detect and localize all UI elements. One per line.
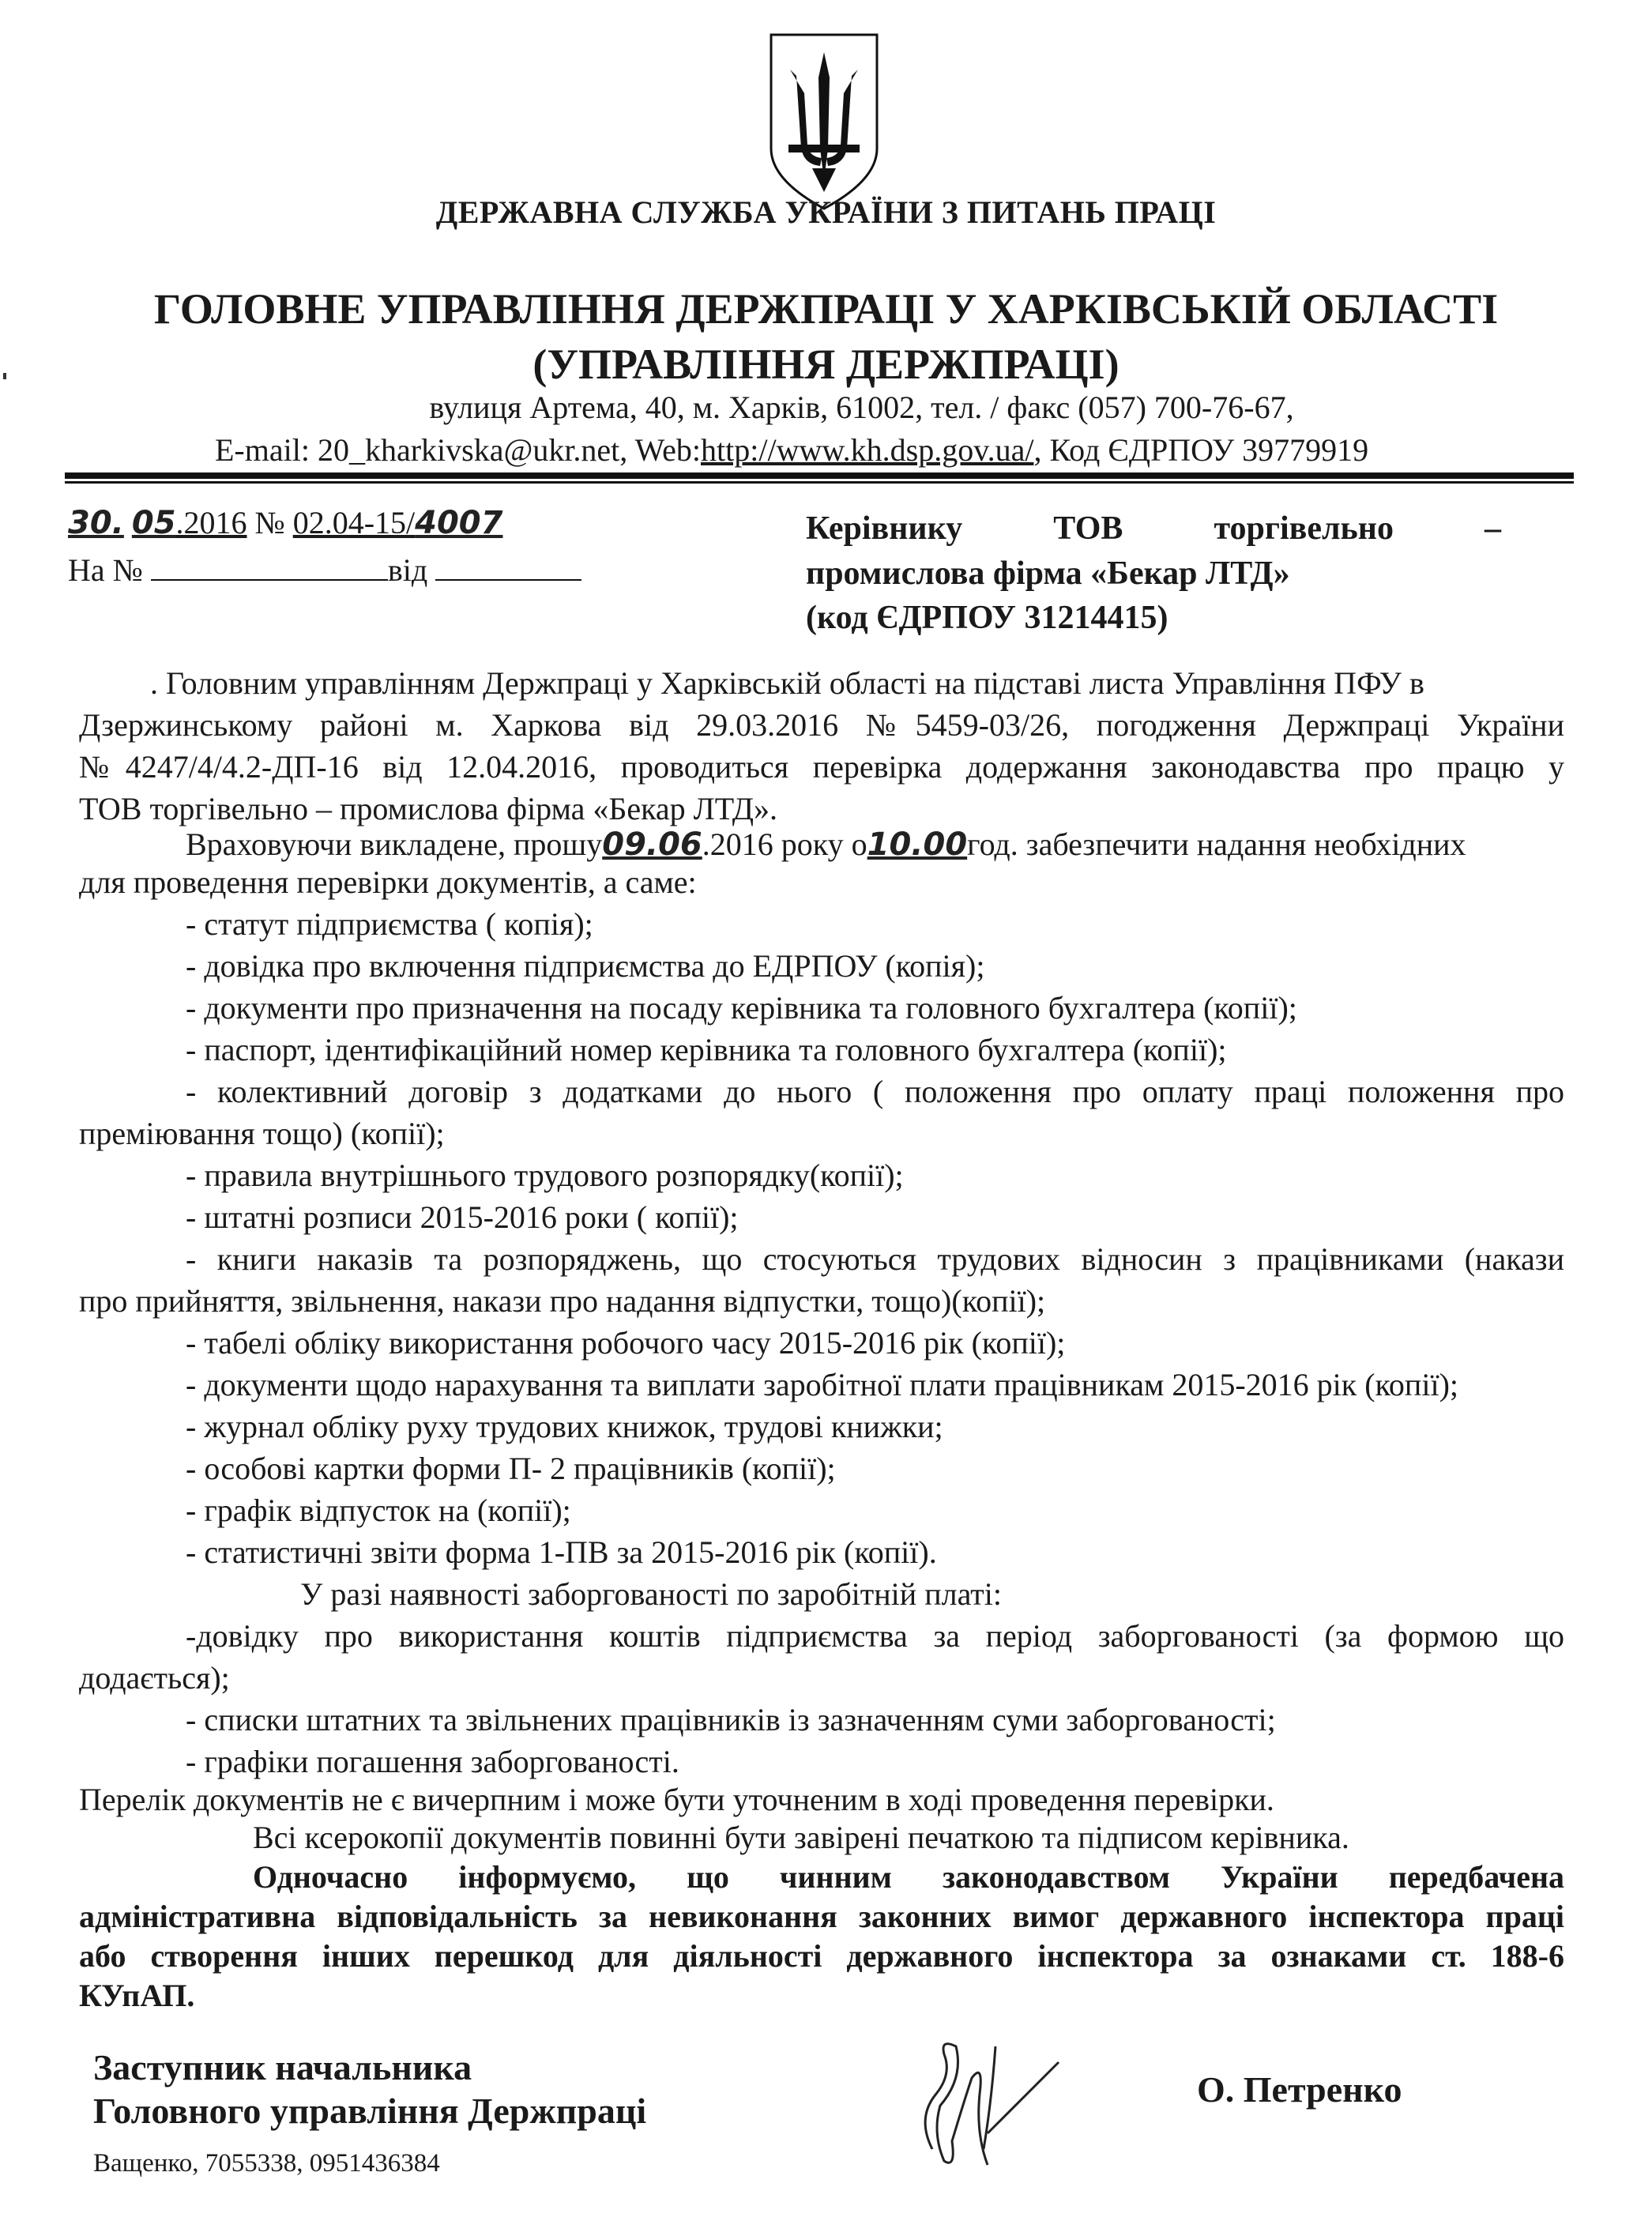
reply-date-blank [435,578,581,581]
document-list-item: - довідка про включення підприємства до … [186,945,984,987]
not-exhaustive-note: Перелік документів не є вичерпним і може… [79,1779,1274,1820]
reply-number-blank [151,578,388,581]
reply-to-label: На № [68,552,143,588]
warning-line: Одночасно інформуємо, що чинним законода… [253,1856,1564,1898]
number-prefix: 02.04-15/ [293,505,415,540]
outgoing-reference: 30. 05.2016 № 02.04-15/4007 [68,504,502,541]
warning-line: КУпАП. [79,1974,194,2016]
document-list-item: - особові картки форми П- 2 працівників … [186,1447,836,1489]
document-list-item: - паспорт, ідентифікаційний номер керівн… [186,1029,1227,1071]
date-month-handwritten: 05 [132,505,176,541]
header-divider [65,472,1574,484]
document-list-item: - штатні розписи 2015-2016 роки ( копії)… [186,1196,739,1238]
signer-position-line-1: Заступник начальника [93,2046,472,2088]
arrears-item: - графіки погашення заборгованості. [186,1741,679,1782]
contacts-line: E-mail: 20_kharkivska@ukr.net, Web:http:… [215,431,1368,469]
handwritten-signature-icon [909,2031,1114,2181]
intro-line: Дзержинському районі м. Харкова від 29.0… [79,704,1564,746]
arrears-item: -довідку про використання коштів підприє… [186,1615,1564,1657]
document-list-item: - документи щодо нарахування та виплати … [186,1364,1458,1406]
document-list-item: - статут підприємства ( копія); [186,903,593,945]
email-label: E-mail: [215,432,310,468]
web-label: Web: [635,432,701,468]
document-list-item: - статистичні звіти форма 1-ПВ за 2015-2… [186,1531,937,1573]
document-list-item: - журнал обліку руху трудових книжок, тр… [186,1406,943,1447]
recipient-line-3: (код ЄДРПОУ 31214415) [806,599,1168,637]
department-short-name: (УПРАВЛІННЯ ДЕРЖПРАЦІ) [0,340,1652,389]
from-label: від [388,552,427,588]
tryzub-coat-of-arms-icon [765,30,883,212]
email-address[interactable]: 20_kharkivska@ukr.net, [318,432,627,468]
signer-name: О. Петренко [1197,2069,1402,2110]
intro-line: №4247/4/4.2-ДП-16 від 12.04.2016, провод… [79,746,1564,788]
contact-person: Ващенко, 7055338, 0951436384 [93,2149,440,2178]
agency-name: ДЕРЖАВНА СЛУЖБА УКРАЇНИ З ПИТАНЬ ПРАЦІ [0,194,1652,231]
document-list-item: - книги наказів та розпоряджень, що стос… [186,1238,1564,1280]
web-link[interactable]: http://www.kh.dsp.gov.ua/ [701,432,1033,468]
certification-note: Всі ксерокопії документів повинні бути з… [253,1816,1349,1858]
date-year: .2016 [176,505,247,540]
document-list-item: - правила внутрішнього трудового розпоря… [186,1154,904,1196]
request-date-handwritten: 09.06 [602,826,702,863]
number-handwritten: 4007 [415,505,502,541]
signer-position-line-2: Головного управління Держпраці [93,2090,646,2132]
department-name: ГОЛОВНЕ УПРАВЛІННЯ ДЕРЖПРАЦІ У ХАРКІВСЬК… [0,284,1652,333]
document-list-item: преміювання тощо) (копії); [79,1112,445,1154]
document-list-item: про прийняття, звільнення, накази про на… [79,1280,1045,1322]
warning-line: або створення інших перешкод для діяльно… [79,1935,1564,1977]
intro-line: . Головним управлінням Держпраці у Харкі… [79,662,1564,704]
request-time-handwritten: 10.00 [867,826,968,863]
address: вулиця Артема, 40, м. Харків, 61002, тел… [0,389,1652,426]
recipient-line-2: промислова фірма «Бекар ЛТД» [806,555,1290,593]
edrpou-code: , Код ЄДРПОУ 39779919 [1033,432,1368,468]
arrears-item: - списки штатних та звільнених працівник… [186,1699,1276,1741]
arrears-heading: У разі наявності заборгованості по зароб… [300,1573,1002,1615]
document-list-item: - колективний договір з додатками до ньо… [186,1071,1564,1112]
reply-reference: На № від [68,551,581,589]
document-list-item: - документи про призначення на посаду ке… [186,987,1297,1029]
document-list-item: - графік відпусток на (копії); [186,1489,571,1531]
warning-line: адміністративна відповідальність за неви… [79,1895,1564,1937]
document-list-item: - табелі обліку використання робочого ча… [186,1322,1065,1364]
request-line: Враховуючи викладене, прошу09.06.2016 ро… [186,823,1466,866]
number-label: № [255,505,285,540]
request-line-2: для проведення перевірки документів, а с… [79,861,697,903]
arrears-item: додається); [79,1657,230,1699]
date-day-handwritten: 30. [68,505,124,541]
recipient-line-1: Керівнику ТОВ торгівельно – [806,510,1501,548]
